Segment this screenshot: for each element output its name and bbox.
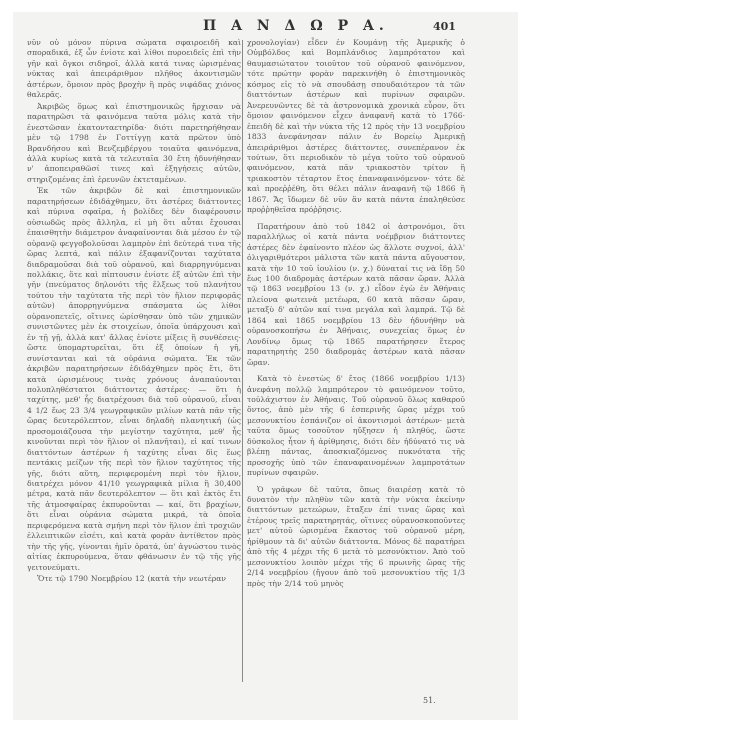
- page-header: Π Α Ν Δ Ω Ρ Α. 401: [13, 18, 468, 38]
- left-column: νῦν οὐ μόνον πύρινα σώματα σφαιροειδῆ κα…: [27, 38, 241, 586]
- paragraph: νῦν οὐ μόνον πύρινα σώματα σφαιροειδῆ κα…: [27, 38, 241, 101]
- paragraph: Κατὰ τὸ ἐνεστὼς δ' ἔτος (1866 νοεμβρίου …: [247, 374, 465, 479]
- column-divider: [242, 40, 243, 682]
- paragraph: Ὁ γράφων δὲ ταῦτα, ὅπως διαιρέσῃ κατὰ τὸ…: [247, 485, 465, 590]
- journal-title: Π Α Ν Δ Ω Ρ Α.: [203, 18, 389, 34]
- signature-mark: 51.: [423, 696, 436, 705]
- right-column: χρονολογίαν) εἶδεν ἐν Κουμάνῃ τῆς Ἀμερικ…: [247, 38, 465, 590]
- paragraph: Ἀκριβῶς ὅμως καὶ ἐπιστημονικῶς ἤρχισαν ν…: [27, 102, 241, 186]
- paragraph: Ἐκ τῶν ἀκριβῶν δὲ καὶ ἐπιστημονικῶν παρα…: [27, 186, 241, 573]
- paragraph: Ὅτε τῷ 1790 Νοεμβρίου 12 (κατὰ τὴν νεωτέ…: [27, 574, 241, 584]
- page-number: 401: [433, 20, 456, 33]
- scanned-page: Π Α Ν Δ Ω Ρ Α. 401 νῦν οὐ μόνον πύρινα σ…: [13, 12, 518, 720]
- paragraph: Παρατήρουν ἀπὸ τοῦ 1842 οἱ ἀστρονόμοι, ὅ…: [247, 222, 465, 368]
- paragraph: χρονολογίαν) εἶδεν ἐν Κουμάνῃ τῆς Ἀμερικ…: [247, 38, 465, 216]
